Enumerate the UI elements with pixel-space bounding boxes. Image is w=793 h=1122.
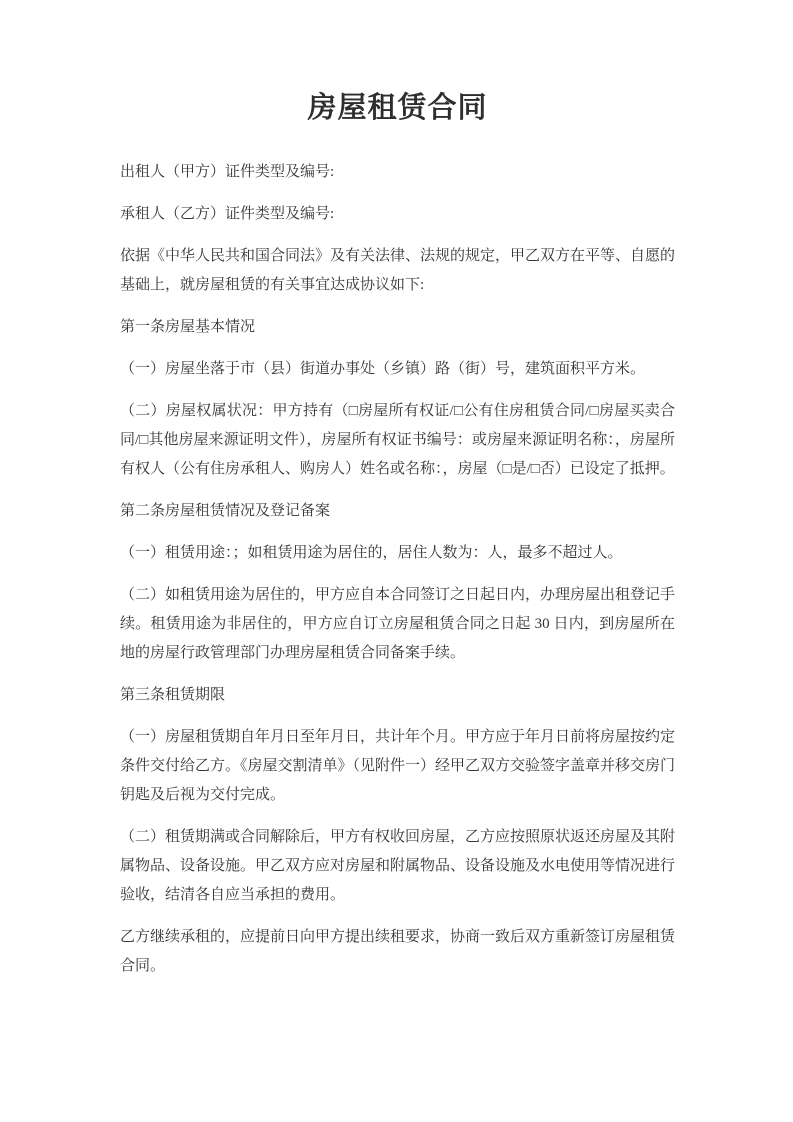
article-3-item-1: （一）房屋租赁期自年月日至年月日，共计年个月。甲方应于年月日前将房屋按约定条件交… xyxy=(120,723,675,810)
article-2-item-2: （二）如租赁用途为居住的，甲方应自本合同签订之日起日内，办理房屋出租登记手续。租… xyxy=(120,581,675,668)
article-3-renewal-note: 乙方继续承租的，应提前日向甲方提出续租要求，协商一致后双方重新签订房屋租赁合同。 xyxy=(120,923,675,981)
article-1-item-1: （一）房屋坐落于市（县）街道办事处（乡镇）路（街）号，建筑面积平方米。 xyxy=(120,355,675,384)
article-1-item-2: （二）房屋权属状况：甲方持有（□房屋所有权证/□公有住房租赁合同/□房屋买卖合同… xyxy=(120,397,675,484)
party-a-credentials-line: 出租人（甲方）证件类型及编号: xyxy=(120,158,675,187)
document-title: 房屋租赁合同 xyxy=(120,86,675,130)
article-2-item-1: （一）租赁用途：；如租赁用途为居住的，居住人数为：人，最多不超过人。 xyxy=(120,539,675,568)
article-1-heading: 第一条房屋基本情况 xyxy=(120,313,675,342)
article-3-heading: 第三条租赁期限 xyxy=(120,681,675,710)
contract-document-page: 房屋租赁合同 出租人（甲方）证件类型及编号: 承租人（乙方）证件类型及编号: 依… xyxy=(0,0,793,1122)
article-3-item-2: （二）租赁期满或合同解除后，甲方有权收回房屋，乙方应按照原状返还房屋及其附属物品… xyxy=(120,823,675,910)
article-2-heading: 第二条房屋租赁情况及登记备案 xyxy=(120,497,675,526)
preamble-paragraph: 依据《中华人民共和国合同法》及有关法律、法规的规定，甲乙双方在平等、自愿的基础上… xyxy=(120,242,675,300)
party-b-credentials-line: 承租人（乙方）证件类型及编号: xyxy=(120,200,675,229)
